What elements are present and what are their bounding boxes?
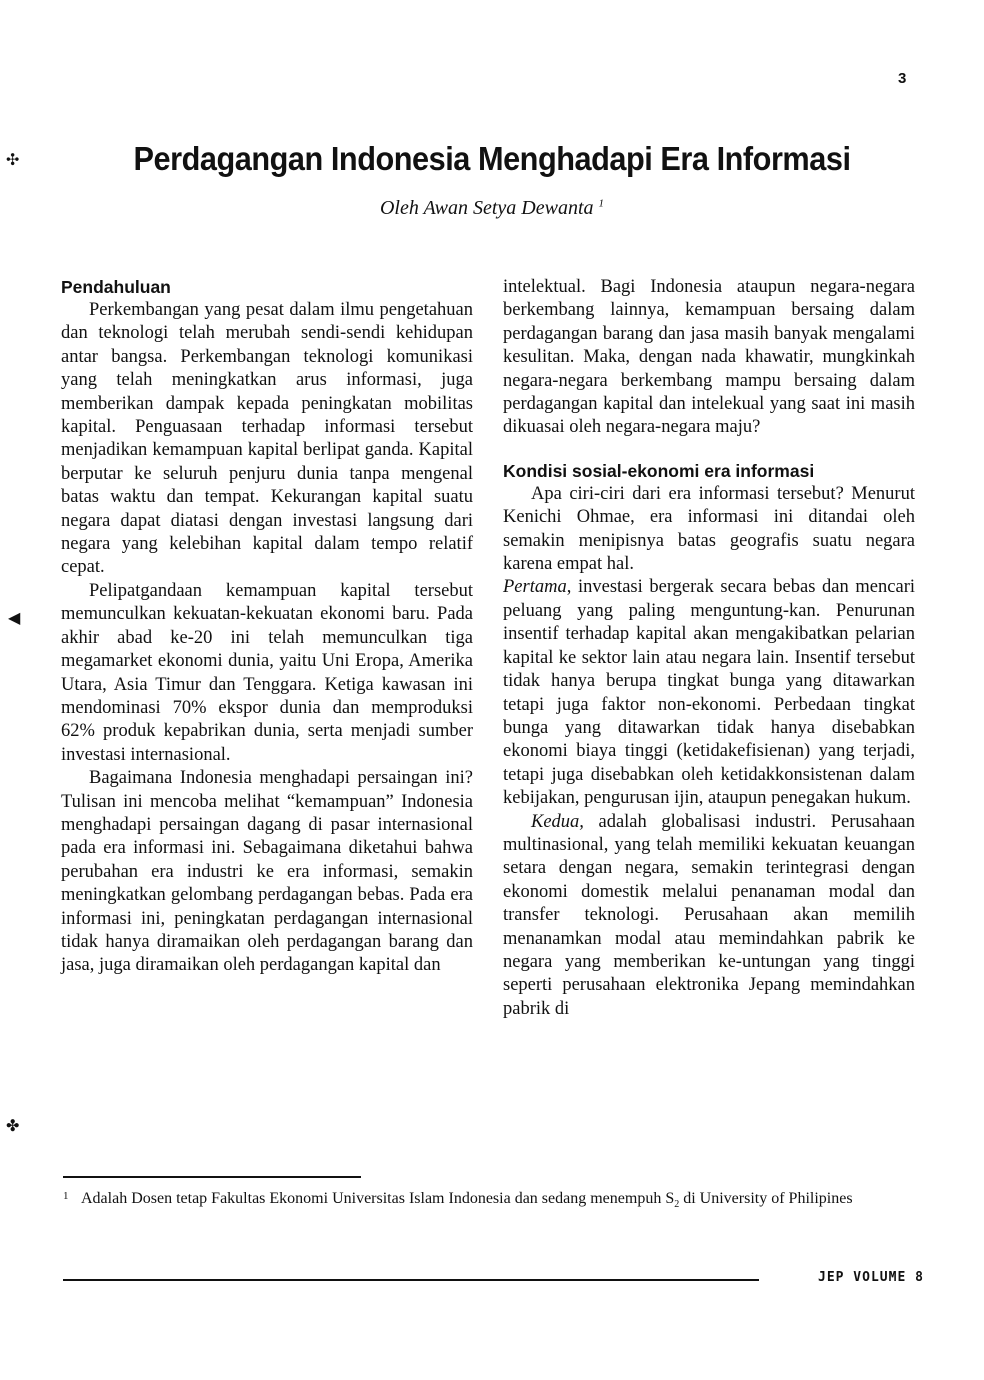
- footnote-text: Adalah Dosen tetap Fakultas Ekonomi Univ…: [63, 1188, 933, 1215]
- footnote-divider: [63, 1176, 361, 1178]
- footnote-text-part: di University of Philipines: [679, 1190, 852, 1207]
- pertama-text: , investasi bergerak secara bebas dan me…: [503, 577, 915, 808]
- paragraph-pertama: Pertama, investasi bergerak secara bebas…: [503, 576, 915, 810]
- footnote: 1 Adalah Dosen tetap Fakultas Ekonomi Un…: [63, 1188, 933, 1215]
- byline-prefix: Oleh: [380, 197, 419, 219]
- page-number: 3: [898, 70, 906, 87]
- scan-mark-icon: ✣: [6, 150, 19, 169]
- footnote-mark: 1: [63, 1186, 69, 1207]
- byline-author: Awan Setya Dewanta: [424, 197, 594, 219]
- article-title: Perdagangan Indonesia Menghadapi Era Inf…: [34, 140, 949, 178]
- section-heading-pendahuluan: Pendahuluan: [61, 276, 473, 299]
- kedua-text: adalah globalisasi industri. Perusahaan …: [503, 812, 915, 1019]
- scan-mark-icon: ✤: [6, 1116, 19, 1135]
- paragraph: Apa ciri-ciri dari era informasi tersebu…: [503, 483, 915, 577]
- section-heading-kondisi: Kondisi sosial-ekonomi era informasi: [503, 460, 915, 483]
- emphasis-pertama: Pertama: [503, 577, 567, 597]
- paragraph-continuation: intelektual. Bagi Indonesia ataupun nega…: [503, 276, 915, 440]
- emphasis-kedua: Kedua,: [531, 812, 584, 832]
- paragraph: Pelipatgandaan kemampuan kapital tersebu…: [61, 580, 473, 767]
- footnote-text-part: Adalah Dosen tetap Fakultas Ekonomi Univ…: [81, 1190, 674, 1207]
- byline: Oleh Awan Setya Dewanta 1: [0, 197, 984, 220]
- paragraph: Bagaimana Indonesia menghadapi persainga…: [61, 767, 473, 978]
- scan-mark-arrow-icon: ◀: [8, 608, 20, 627]
- paragraph-kedua: Kedua, adalah globalisasi industri. Peru…: [503, 811, 915, 1022]
- paragraph: Perkembangan yang pesat dalam ilmu penge…: [61, 299, 473, 580]
- footer-divider: [63, 1279, 759, 1281]
- left-column: Pendahuluan Perkembangan yang pesat dala…: [61, 276, 473, 978]
- journal-label: JEP VOLUME 8: [818, 1270, 924, 1285]
- footnote-reference: 1: [599, 197, 605, 209]
- right-column: intelektual. Bagi Indonesia ataupun nega…: [503, 276, 915, 1021]
